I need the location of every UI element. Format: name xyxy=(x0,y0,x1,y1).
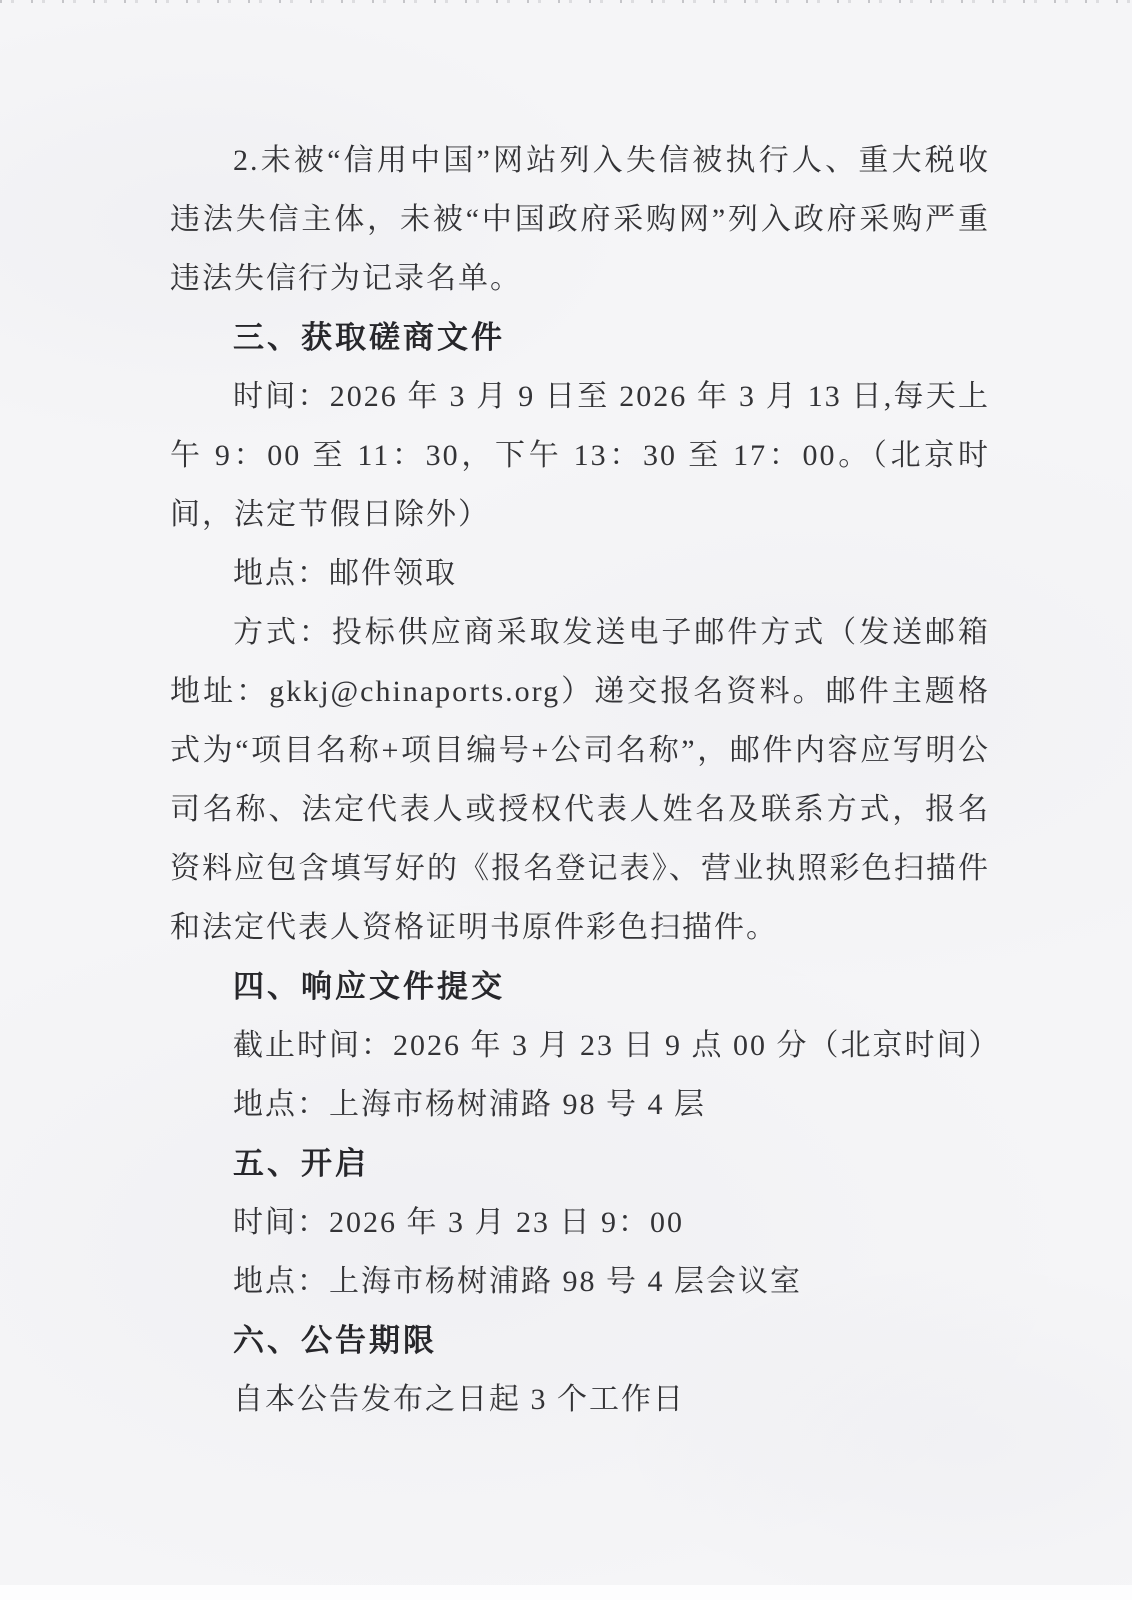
body-paragraph: 自本公告发布之日起 3 个工作日 xyxy=(170,1370,990,1429)
page-bottom-margin xyxy=(0,1585,1132,1600)
body-paragraph: 地点：上海市杨树浦路 98 号 4 层 xyxy=(170,1075,990,1134)
section-heading: 五、开启 xyxy=(170,1134,990,1193)
body-paragraph: 2.未被“信用中国”网站列入失信被执行人、重大税收违法失信主体，未被“中国政府采… xyxy=(170,131,990,308)
body-paragraph: 截止时间：2026 年 3 月 23 日 9 点 00 分（北京时间） xyxy=(170,1016,990,1075)
body-paragraph: 时间：2026 年 3 月 9 日至 2026 年 3 月 13 日,每天上午 … xyxy=(170,367,990,544)
scan-edge-artifact xyxy=(0,0,1132,3)
section-heading: 六、公告期限 xyxy=(170,1311,990,1370)
scanned-document-page: 2.未被“信用中国”网站列入失信被执行人、重大税收违法失信主体，未被“中国政府采… xyxy=(0,0,1132,1600)
body-paragraph: 地点：邮件领取 xyxy=(170,544,990,603)
document-body: 2.未被“信用中国”网站列入失信被执行人、重大税收违法失信主体，未被“中国政府采… xyxy=(170,131,990,1429)
body-paragraph: 时间：2026 年 3 月 23 日 9：00 xyxy=(170,1193,990,1252)
body-paragraph: 地点：上海市杨树浦路 98 号 4 层会议室 xyxy=(170,1252,990,1311)
body-paragraph: 方式：投标供应商采取发送电子邮件方式（发送邮箱地址：gkkj@chinaport… xyxy=(170,603,990,957)
section-heading: 四、响应文件提交 xyxy=(170,957,990,1016)
section-heading: 三、获取磋商文件 xyxy=(170,308,990,367)
